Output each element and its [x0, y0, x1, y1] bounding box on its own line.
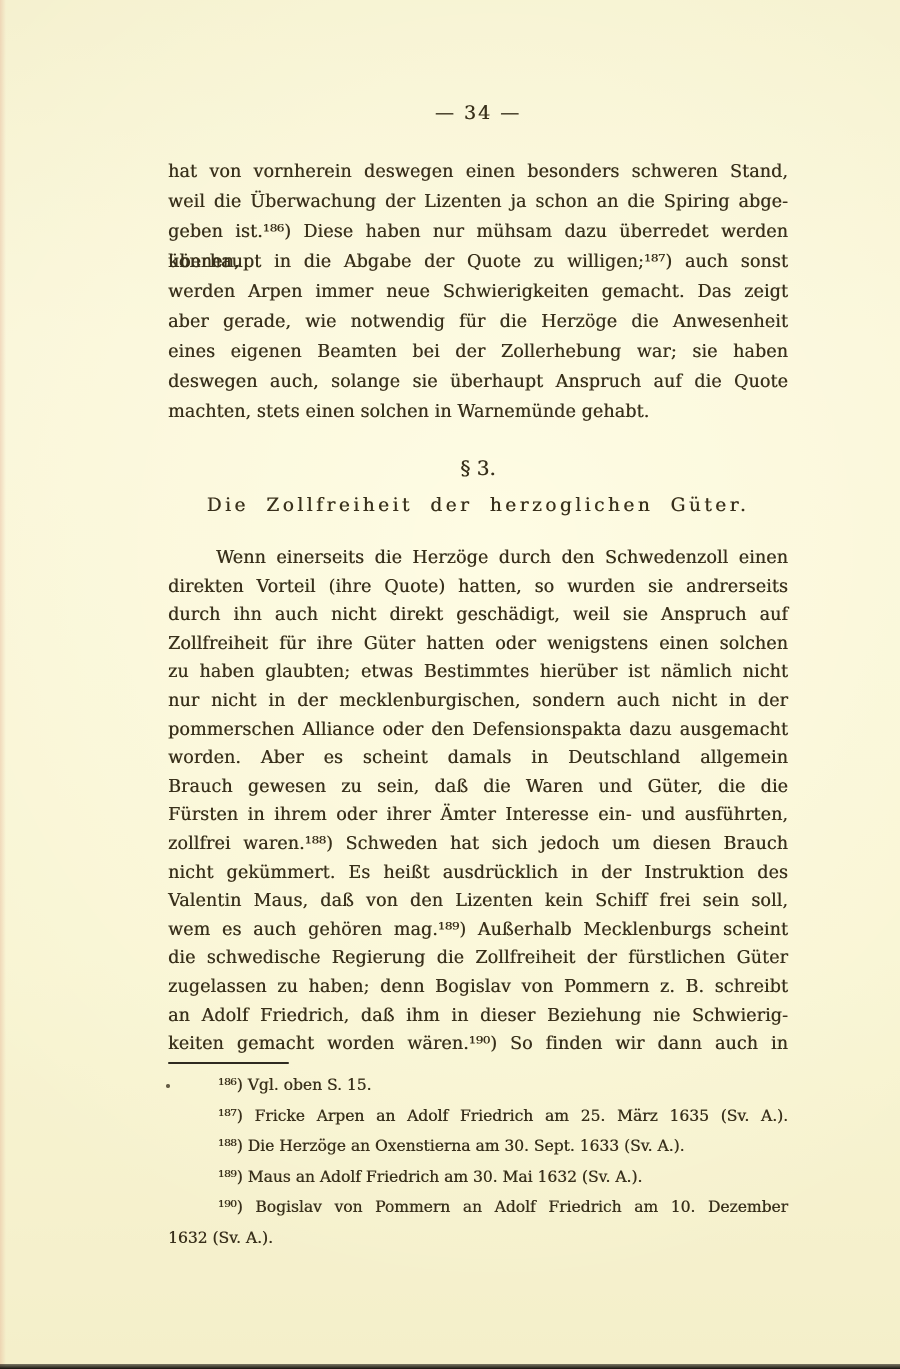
text-line: die schwedische Regierung die Zollfreihe…	[168, 944, 788, 973]
paragraph-continuation: hat von vornherein deswegen einen besond…	[168, 157, 788, 427]
page-number: — 34 —	[168, 102, 788, 124]
text-line: zugelassen zu haben; denn Bogislav von P…	[168, 973, 788, 1002]
footnote-190-line-1: ¹⁹⁰) Bogislav von Pommern an Adolf Fried…	[168, 1192, 788, 1223]
text-line: nur nicht in der mecklenburgischen, sond…	[168, 687, 788, 716]
paragraph-section-body: Wenn einerseits die Herzöge durch den Sc…	[168, 544, 788, 1059]
section-title: Die Zollfreiheit der herzoglichen Güter.	[168, 495, 788, 516]
text-line: Fürsten in ihrem oder ihrer Ämter Intere…	[168, 801, 788, 830]
section-mark: § 3.	[168, 456, 788, 480]
text-line: Zollfreiheit für ihre Güter hatten oder …	[168, 630, 788, 659]
footnote-190-line-2: 1632 (Sv. A.).	[168, 1223, 788, 1254]
text-line: überhaupt in die Abgabe der Quote zu wil…	[168, 247, 788, 277]
text-line: Wenn einerseits die Herzöge durch den Sc…	[168, 544, 788, 573]
text-line: hat von vornherein deswegen einen besond…	[168, 157, 788, 187]
text-line: wem es auch gehören mag.¹⁸⁹) Außerhalb M…	[168, 916, 788, 945]
text-line: an Adolf Friedrich, daß ihm in dieser Be…	[168, 1002, 788, 1031]
text-line: aber gerade, wie notwendig für die Herzö…	[168, 307, 788, 337]
footnote-187: ¹⁸⁷) Fricke Arpen an Adolf Friedrich am …	[168, 1101, 788, 1132]
text-line: machten, stets einen solchen in Warnemün…	[168, 397, 788, 427]
text-line: pommerschen Alliance oder den Defensions…	[168, 716, 788, 745]
scan-bottom-edge	[0, 1364, 900, 1369]
text-line: deswegen auch, solange sie überhaupt Ans…	[168, 367, 788, 397]
text-line: worden. Aber es scheint damals in Deutsc…	[168, 744, 788, 773]
text-line: zollfrei waren.¹⁸⁸) Schweden hat sich je…	[168, 830, 788, 859]
text-line: Brauch gewesen zu sein, daß die Waren un…	[168, 773, 788, 802]
text-line: geben ist.¹⁸⁶) Diese haben nur mühsam da…	[168, 217, 788, 247]
footnote-separator-rule	[168, 1062, 289, 1064]
footnote-186: ¹⁸⁶) Vgl. oben S. 15.	[168, 1070, 788, 1101]
footnotes: ¹⁸⁶) Vgl. oben S. 15. ¹⁸⁷) Fricke Arpen …	[168, 1070, 788, 1253]
scan-left-edge-tint	[0, 0, 6, 1369]
text-line: weil die Überwachung der Lizenten ja sch…	[168, 187, 788, 217]
scanned-book-page: — 34 — hat von vornherein deswegen einen…	[0, 0, 900, 1369]
footnote-189: ¹⁸⁹) Maus an Adolf Friedrich am 30. Mai …	[168, 1162, 788, 1193]
text-line: zu haben glaubten; etwas Bestimmtes hier…	[168, 658, 788, 687]
text-line: nicht gekümmert. Es heißt ausdrücklich i…	[168, 859, 788, 888]
text-line: eines eigenen Beamten bei der Zollerhebu…	[168, 337, 788, 367]
text-line: durch ihn auch nicht direkt geschädigt, …	[168, 601, 788, 630]
footnote-188: ¹⁸⁸) Die Herzöge an Oxenstierna am 30. S…	[168, 1131, 788, 1162]
text-line: werden Arpen immer neue Schwierigkeiten …	[168, 277, 788, 307]
text-line: Valentin Maus, daß von den Lizenten kein…	[168, 887, 788, 916]
text-line: keiten gemacht worden wären.¹⁹⁰) So find…	[168, 1030, 788, 1059]
text-line: direkten Vorteil (ihre Quote) hatten, so…	[168, 573, 788, 602]
